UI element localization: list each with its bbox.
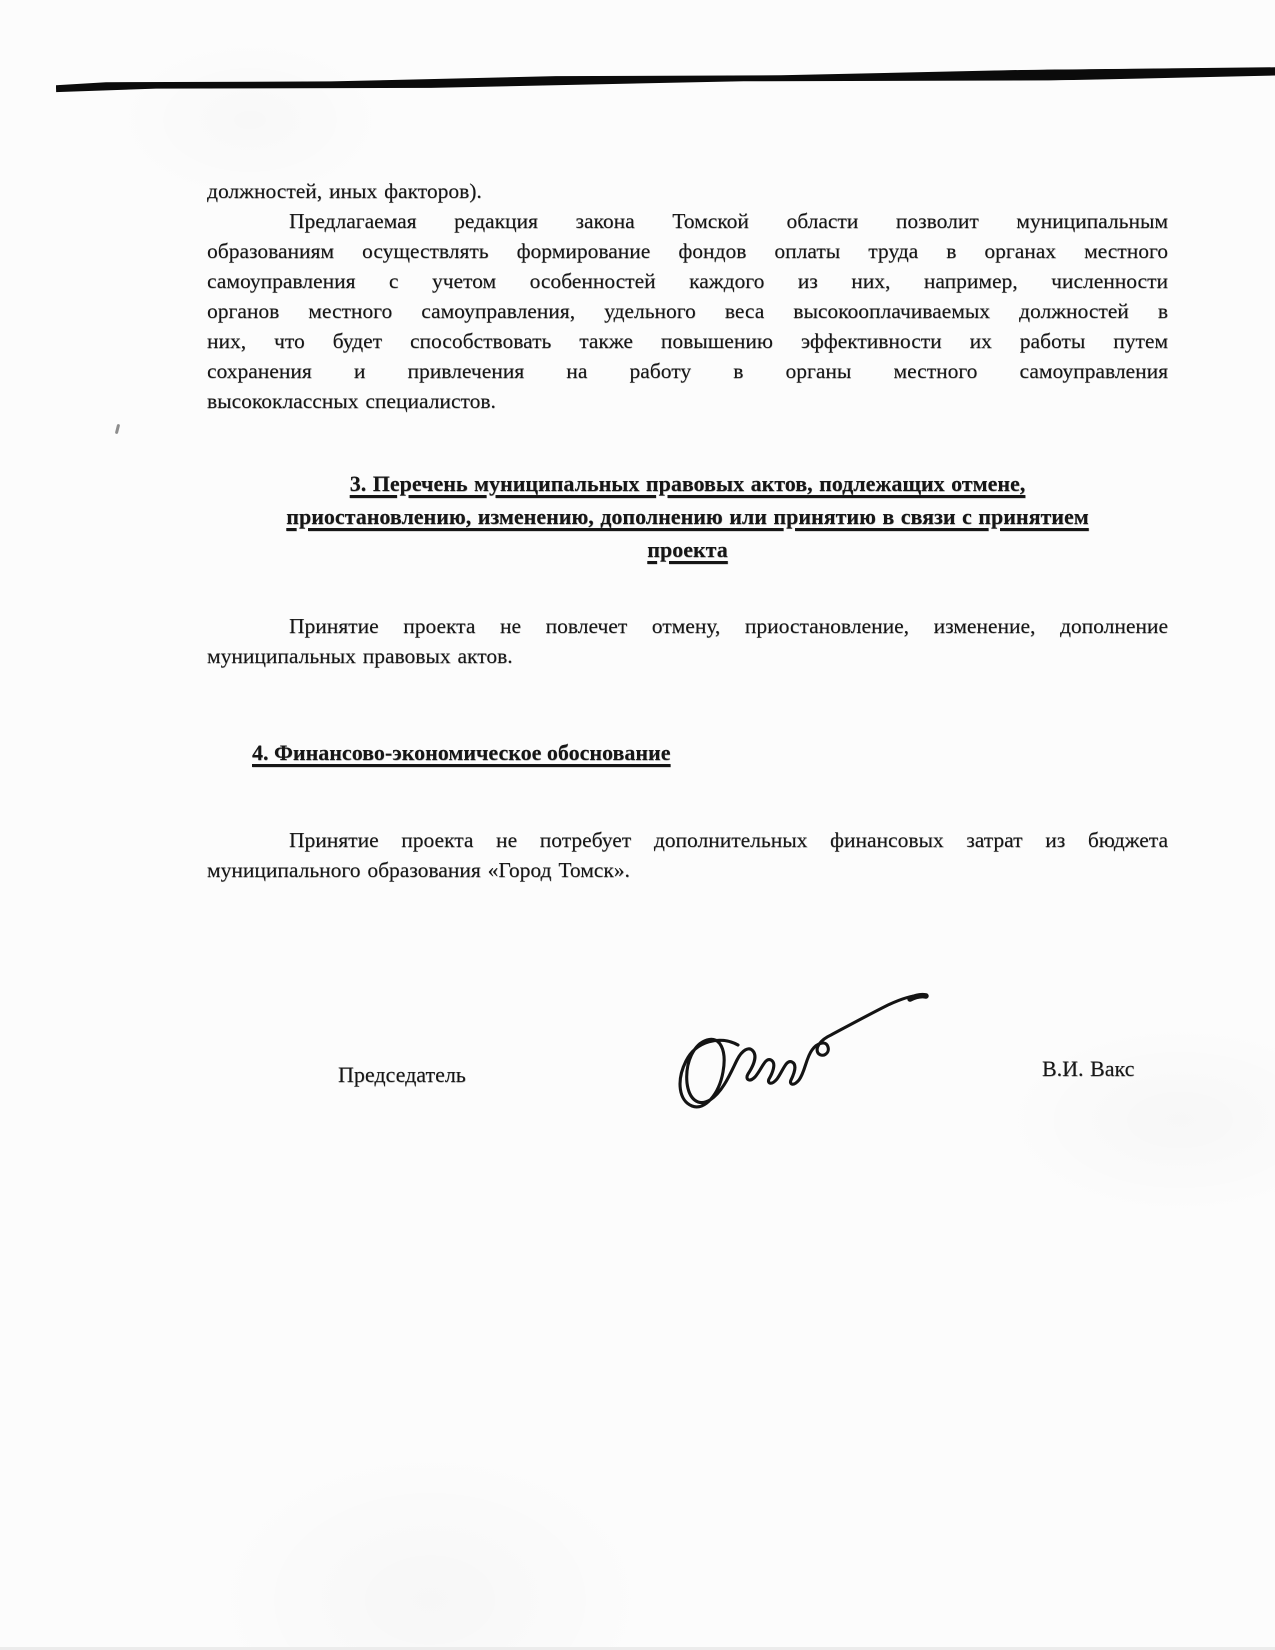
section3-heading-text: 3. Перечень муниципальных правовых актов… [350,471,1026,496]
section4-heading-line: 4. Финансово-экономическое обоснование [207,737,1168,768]
signature-signer-name: В.И. Вакс [1042,1054,1134,1084]
paragraph-continuation-line: должностей, иных факторов). [207,176,1168,206]
paragraph-proposal-line: них, что будет способствовать также повы… [207,326,1168,356]
section4-heading: 4. Финансово-экономическое обоснование [207,737,1168,768]
scan-artifact-top-line [56,66,1275,93]
paragraph-proposal-line: самоуправления с учетом особенностей каж… [207,266,1168,296]
section3-heading-line: приостановлению, изменению, дополнению и… [207,500,1168,533]
section3-heading-line: 3. Перечень муниципальных правовых актов… [207,467,1168,500]
paragraph-proposal-line: органов местного самоуправления, удельно… [207,296,1168,326]
paragraph-proposal-line: высококлассных специалистов. [207,386,1168,416]
section3-heading-text: приостановлению, изменению, дополнению и… [286,504,1088,529]
paragraph-proposal-line: Предлагаемая редакция закона Томской обл… [207,206,1168,236]
section3-heading-text: проекта [647,537,727,562]
paragraph-proposal: Предлагаемая редакция закона Томской обл… [207,206,1168,416]
section4-paragraph-line: Принятие проекта не потребует дополнител… [207,825,1168,855]
section4-paragraph: Принятие проекта не потребует дополнител… [207,825,1168,885]
paragraph-continuation: должностей, иных факторов). [207,176,1168,206]
scanned-document-page: должностей, иных факторов). Предлагаемая… [0,0,1275,1650]
paragraph-proposal-line: сохранения и привлечения на работу в орг… [207,356,1168,386]
section4-heading-text: 4. Финансово-экономическое обоснование [252,740,670,765]
section3-paragraph-line: Принятие проекта не повлечет отмену, при… [207,611,1168,641]
paragraph-proposal-line: образованиям осуществлять формирование ф… [207,236,1168,266]
section4-paragraph-line: муниципального образования «Город Томск»… [207,855,1168,885]
signature-image [650,980,950,1120]
section3-heading-line: проекта [207,533,1168,566]
signature-role-label: Председатель [338,1060,466,1090]
section3-paragraph-line: муниципальных правовых актов. [207,641,1168,671]
section3-paragraph: Принятие проекта не повлечет отмену, при… [207,611,1168,671]
scan-artifact-speck [115,424,120,434]
section3-heading: 3. Перечень муниципальных правовых актов… [207,467,1168,566]
